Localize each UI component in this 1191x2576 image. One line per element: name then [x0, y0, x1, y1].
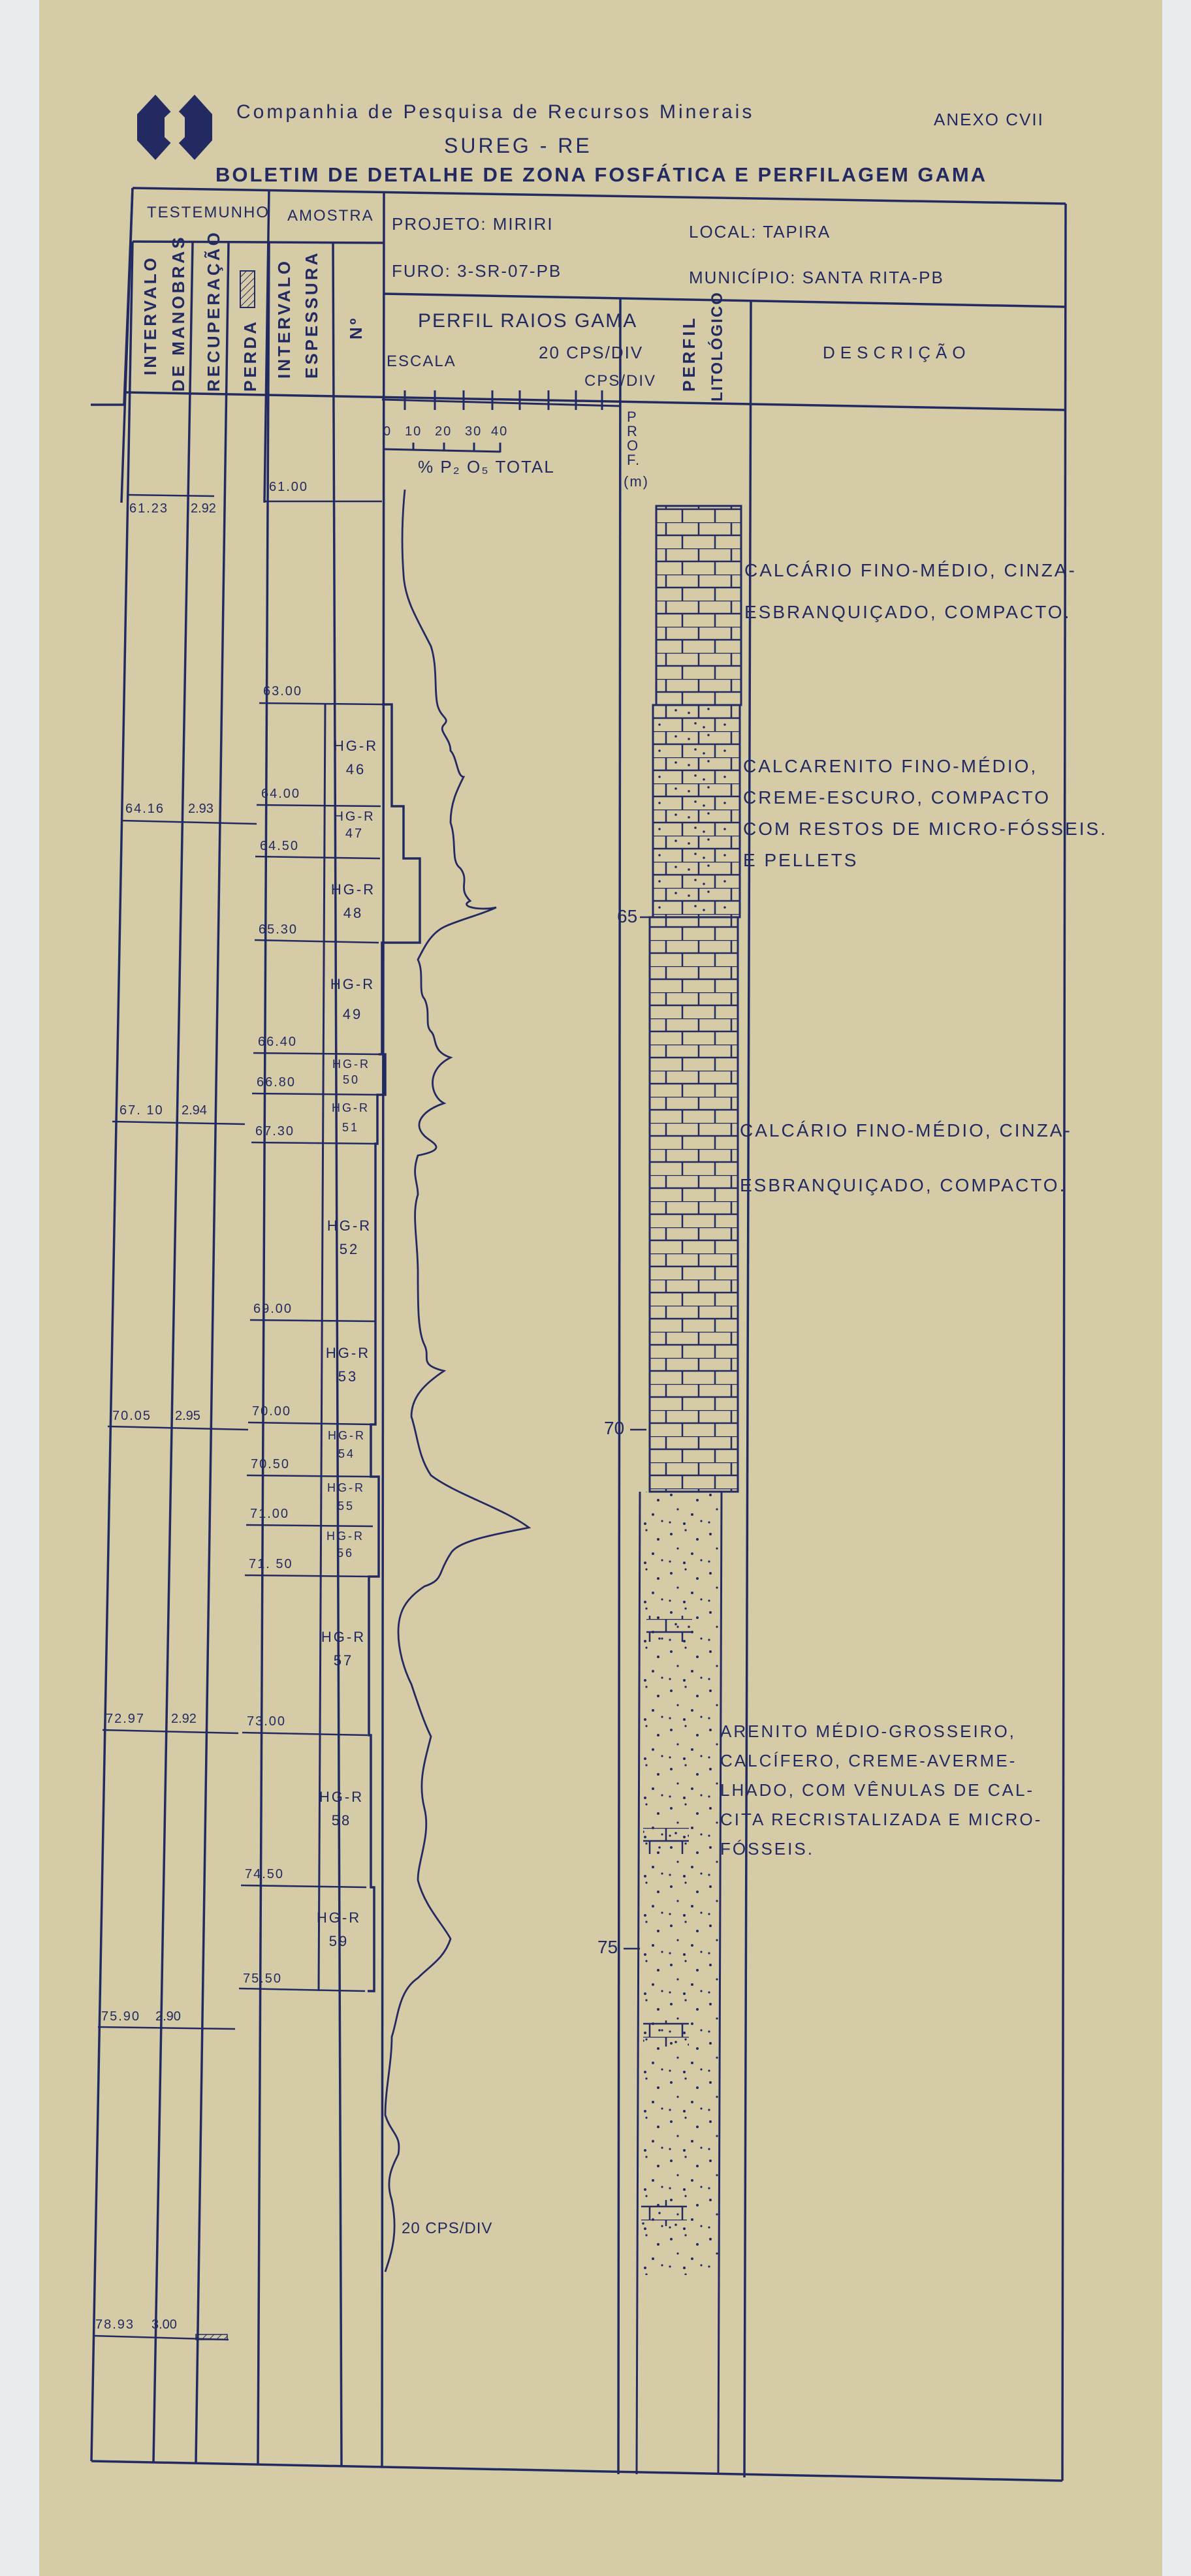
- sample-depth: 66.80: [257, 1075, 296, 1090]
- sample-id: HG-R46: [326, 734, 385, 781]
- sample-depth: 70.00: [252, 1404, 291, 1419]
- sample-id: HG-R52: [320, 1214, 379, 1261]
- sample-id: HG-R56: [316, 1528, 375, 1562]
- manobra-depth: 70.05: [112, 1409, 151, 1424]
- sample-id: HG-R48: [324, 878, 383, 925]
- manobra-depth: 78.93: [95, 2317, 135, 2333]
- descricao-header: DESCRIÇÃO: [823, 343, 971, 363]
- sample-depth: 65.30: [259, 922, 298, 937]
- manobra-depth: 64.16: [125, 802, 165, 817]
- p2o5-tick: 20: [435, 424, 452, 439]
- espessura-label: ESPESSURA: [302, 251, 322, 379]
- annex-label: ANEXO CVII: [934, 110, 1044, 130]
- depth-mark: 70: [604, 1418, 624, 1439]
- unit-label: SUREG - RE: [444, 134, 592, 158]
- projeto-field: PROJETO: MIRIRI: [392, 214, 554, 234]
- p2o5-tick: 0: [383, 424, 392, 439]
- sample-id: HG-R57: [314, 1626, 373, 1673]
- prof-unit: (m): [624, 473, 649, 490]
- depth-mark: 75: [597, 1937, 618, 1958]
- intervalo-manobras-label: INTERVALO: [140, 255, 161, 375]
- prof-label: PROF.: [627, 410, 640, 467]
- sample-id: HG-R53: [319, 1342, 377, 1389]
- sample-depth: 64.00: [261, 787, 300, 802]
- manobra-depth: 61.23: [129, 501, 168, 516]
- scale-value: 20 CPS/DIV: [539, 343, 643, 363]
- description-block: CALCARENITO FINO-MÉDIO,CREME-ESCURO, COM…: [743, 751, 1107, 876]
- manobra-recovery: 2.94: [182, 1103, 207, 1118]
- manobra-recovery: 2.90: [155, 2009, 181, 2024]
- litologico-label: LITOLÓGICO: [708, 291, 727, 401]
- sample-depth: 75.50: [243, 1971, 282, 1987]
- manobra-depth: 72.97: [106, 1712, 145, 1727]
- sample-id: HG-R54: [317, 1426, 376, 1463]
- amostra-header: AMOSTRA: [287, 207, 374, 225]
- page-title: BOLETIM DE DETALHE DE ZONA FOSFÁTICA E P…: [215, 163, 987, 187]
- sample-depth: 71. 50: [249, 1557, 293, 1572]
- sample-id: HG-R55: [317, 1479, 375, 1515]
- sample-depth: 73.00: [247, 1714, 286, 1729]
- manobra-depth: 75.90: [101, 2009, 140, 2024]
- manobra-recovery: 2.93: [188, 802, 214, 817]
- testemunho-header: TESTEMUNHO: [147, 204, 270, 222]
- sample-depth: 67.30: [255, 1124, 294, 1139]
- scale-label: ESCALA: [387, 353, 456, 371]
- intervalo-espessura-label: INTERVALO: [274, 259, 294, 379]
- sample-depth: 70.50: [251, 1457, 290, 1472]
- gamma-profile-title: PERFIL RAIOS GAMA: [418, 310, 637, 332]
- manobra-recovery: 2.95: [175, 1409, 200, 1424]
- sample-depth: 69.00: [253, 1302, 293, 1317]
- p2o5-tick: 30: [465, 424, 482, 439]
- sample-depth: 71.00: [250, 1507, 289, 1522]
- numero-label: Nº: [346, 316, 366, 339]
- local-field: LOCAL: TAPIRA: [689, 222, 831, 242]
- sample-id: HG-R51: [321, 1098, 380, 1137]
- sample-depth: 61.00: [269, 480, 308, 495]
- company-name: Companhia de Pesquisa de Recursos Minera…: [236, 101, 754, 123]
- description-block: CALCÁRIO FINO-MÉDIO, CINZA-ESBRANQUIÇADO…: [744, 550, 1077, 633]
- de-manobras-label: DE MANOBRAS: [168, 235, 189, 392]
- p2o5-tick: 10: [405, 424, 422, 439]
- sample-depth: 66.40: [258, 1035, 297, 1050]
- perfil-label: PERFIL: [679, 316, 699, 392]
- cprm-logo-icon: [137, 95, 212, 160]
- manobra-recovery: 2.92: [171, 1712, 197, 1727]
- p2o5-tick: 40: [491, 424, 508, 439]
- depth-mark: 65: [617, 906, 637, 927]
- gamma-scale-footer: 20 CPS/DIV: [402, 2220, 492, 2238]
- description-block: CALCÁRIO FINO-MÉDIO, CINZA-ESBRANQUIÇADO…: [740, 1103, 1072, 1213]
- manobra-recovery: 2.92: [191, 501, 216, 516]
- manobra-recovery: 3.00: [151, 2317, 177, 2333]
- p2o5-axis-label: % P₂ O₅ TOTAL: [418, 457, 555, 477]
- manobra-depth: 67. 10: [119, 1103, 164, 1118]
- sample-id: HG-R49: [323, 969, 382, 1029]
- sample-id: HG-R58: [312, 1785, 371, 1832]
- scale-unit: CPS/DIV: [584, 372, 656, 390]
- sample-id: HG-R59: [310, 1906, 368, 1953]
- sample-id: HG-R47: [325, 808, 384, 842]
- recuperacao-label: RECUPERAÇÃO: [204, 230, 224, 392]
- sample-id: HG-R50: [322, 1056, 381, 1088]
- municipio-field: MUNICÍPIO: SANTA RITA-PB: [689, 268, 944, 288]
- furo-field: FURO: 3-SR-07-PB: [392, 261, 562, 281]
- sample-depth: 63.00: [263, 684, 302, 699]
- sample-depth: 74.50: [245, 1867, 284, 1882]
- perda-label: PERDA: [240, 319, 261, 392]
- description-block: ARENITO MÉDIO-GROSSEIRO,CALCÍFERO, CREME…: [720, 1717, 1042, 1864]
- sample-depth: 64.50: [260, 839, 299, 854]
